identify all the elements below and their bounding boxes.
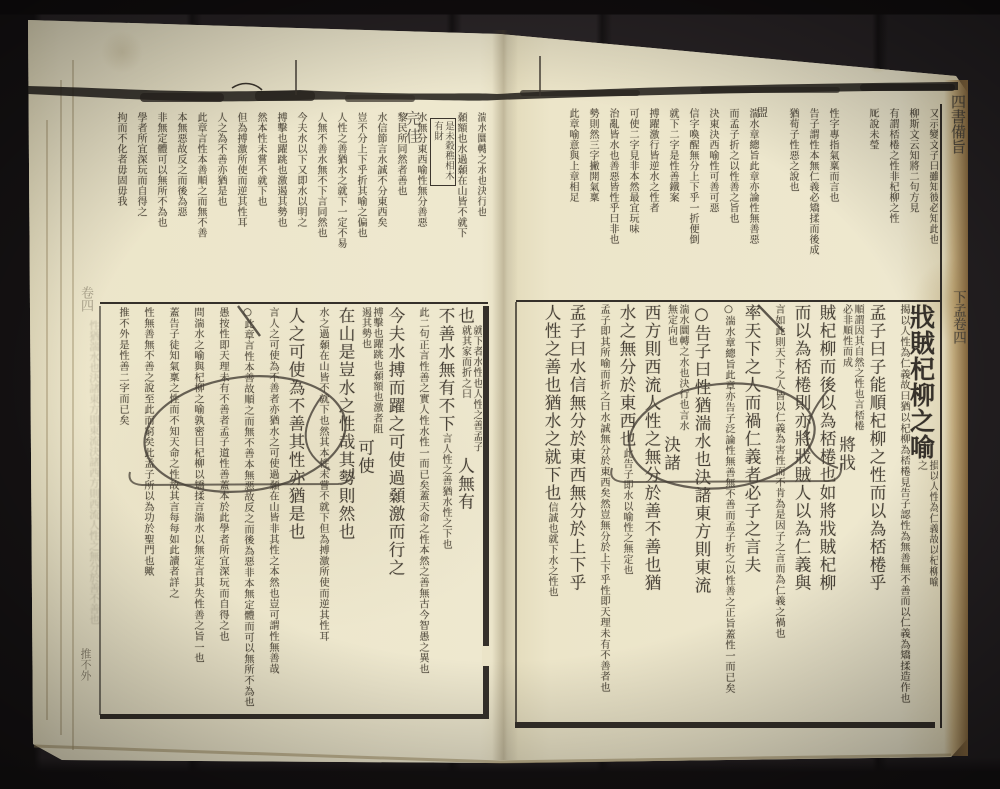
text-column: 猶荀子性惡之說也 xyxy=(778,108,798,300)
text-column: ○告子曰性猶湍水也決諸東方則東流 xyxy=(688,304,713,716)
text-column xyxy=(758,108,778,300)
text-column: 性無善無不善之說至此而窮矣此孟子所以為功於聖門也歟 xyxy=(132,307,157,711)
text-column: 推不外是性善二字而已矣 xyxy=(107,307,132,711)
text-column: 愚按性即天理未有不善者孟子道性善蓋本於此學者所宜深玩而自得之也 xyxy=(207,307,232,711)
text-column: 率天下之人而禍仁義者必子之言夫 xyxy=(738,304,763,716)
text-column: 人性之善也猶水之就下也信誠也就下水之性也 xyxy=(538,304,563,716)
text-column: 搏躍激行皆逆水之性者 xyxy=(638,108,658,300)
text-column: 就下二字是性善鐵案 xyxy=(658,108,678,300)
text-column xyxy=(838,108,858,300)
right-page-divider-rule xyxy=(516,300,941,302)
text-column: 也就下者水性也人性之善孟子就其家而折之曰人無有 xyxy=(457,307,482,711)
border-notch xyxy=(482,646,490,666)
spine-book-title: 四書備旨 xyxy=(947,94,967,244)
text-column: 人之可使為不善其性亦猶是也 xyxy=(282,307,307,711)
text-column: 在山是豈水之性哉其勢則然也 xyxy=(332,307,357,711)
text-column: 豈不分上下乎折其喻之偏也 xyxy=(346,112,366,302)
text-column: 孟子曰子能順杞柳之性而以為桮棬乎 xyxy=(863,304,888,716)
isolated-character: 盟 xyxy=(757,104,768,120)
text-column: 水之無分於東西也此告子即水以喻性之無定也 xyxy=(613,304,638,716)
left-page-bottom-rule xyxy=(100,714,489,719)
text-column: 揭以人性為仁義故曰猶以杞柳為桮棬見告子認性為無善無不善而以仁義為矯揉造作也 xyxy=(888,304,913,716)
text-column: 告子謂性本無仁義必矯揉而後成 xyxy=(798,108,818,300)
text-column: 問湍水之喻與杞柳之喻孰密曰杞柳以矯揉言湍水以無定言其失性善之旨一也 xyxy=(182,307,207,711)
text-column: 言人之可使為不善者亦猶水之可使過顙在山皆非其性之本然也豈可謂性無善哉 xyxy=(257,307,282,711)
text-column: 此章喻意與上章相足 xyxy=(558,108,578,300)
text-column: 搏擊也躍跳也顙額也激者阻遏其勢也可使 xyxy=(357,307,382,711)
photo-of-open-woodblock-book: 性猶湍水也決諸東方則東流決諸西方則西流人性之無分於善不善也 卷四 推不外 湍水圜… xyxy=(0,0,1000,789)
left-spine-partial-label: 卷四 xyxy=(77,286,95,346)
text-column: 人性之善猶水之就下一定不易 xyxy=(326,112,346,302)
text-column: 可使二字見非本然最宜玩味 xyxy=(618,108,638,300)
text-column: 厑說未瑩 xyxy=(858,108,878,300)
text-column: 今夫水以下又即水以明之 xyxy=(286,112,306,302)
text-column: 湍水章總旨此章亦論性無善惡 xyxy=(738,108,758,300)
leaf-edge-line xyxy=(60,80,62,735)
text-column: 孟子即其所喻而折之曰水誠無分於東西矣然豈無分於上下乎性即天理未有不善者也 xyxy=(588,304,613,716)
text-column: 今夫水搏而躍之可使過顙激而行之 xyxy=(382,307,407,711)
text-column: 賊杞柳而後以為桮棬也如將戕賊杞柳 xyxy=(813,304,838,716)
text-column: 然本性未嘗不就下也 xyxy=(246,112,266,302)
text-column: 人之為不善亦猶是也 xyxy=(206,112,226,302)
text-column: 水信節言水誠不分東西矣 xyxy=(366,112,386,302)
handwritten-reader-note: 完佳 xyxy=(403,110,422,155)
boxed-annotation: 是未穀穛相木有財 xyxy=(430,118,456,186)
bleed-through-text: 性猶湍水也決諸東方則東流決諸西方則西流人性之無分於善不善也 xyxy=(76,320,100,650)
text-column: ○此章言性本善故順之而無不善本無惡故反之而後為惡非本無定體而可以無所不為也 xyxy=(232,307,257,711)
text-column: 本無惡故反之而後為惡 xyxy=(166,112,186,302)
text-column: 不善水無有不下言人性之善猶水性之下也 xyxy=(432,307,457,711)
left-page-main-text-block: 也就下者水性也人性之善孟子就其家而折之曰人無有不善水無有不下言人性之善猶水性之下… xyxy=(101,307,482,711)
text-column: 水之過顙在山皆不就下也然其本性未嘗不就下但為搏激所使而逆其性耳 xyxy=(307,307,332,711)
text-column: 戕賊杞柳之喻損以人性為仁義故以杞柳喻之 xyxy=(913,304,938,716)
right-page-bottom-rule xyxy=(515,722,935,728)
left-page-divider-rule xyxy=(100,302,488,304)
text-column: 搏擊也躍跳也激遏其勢也 xyxy=(266,112,286,302)
text-column: 又示變文子曰雖知彼必知此也 xyxy=(918,108,938,300)
text-column: 西方則西流人性之無分於善不善也猶 xyxy=(638,304,663,716)
right-page-top-commentary-band: 又示變文子曰雖知彼必知此也柳斯文云知將二句方見有謂桮棬之性非杞柳之性厑說未瑩性字… xyxy=(518,108,938,300)
spine-section-label: 下孟卷四 xyxy=(947,290,966,410)
leaf-edge-line xyxy=(72,60,74,750)
text-column: 順謂因其自然之性也言桮棬必非順性而成將戕 xyxy=(838,304,863,716)
text-column: 學者所宜深玩而自得之 xyxy=(126,112,146,302)
left-page-top-commentary-band: 湍水圜轉之水也決行也顙額也水過顙在山皆不就下水無分東西喻性無分善惡黎民所同然者善… xyxy=(102,112,486,302)
text-column: 柳斯文云知將二句方見 xyxy=(898,108,918,300)
right-page-main-text-block: 戕賊杞柳之喻損以人性為仁義故以杞柳喻之揭以人性為仁義故曰猶以杞柳為桮棬見告子認性… xyxy=(518,304,938,716)
text-column: 性字專指氣稟而言也 xyxy=(818,108,838,300)
text-column: 而以為桮棬則亦將戕賊人以為仁義與 xyxy=(788,304,813,716)
text-column: 治亂皆水也善惡皆性乎曰非也 xyxy=(598,108,618,300)
text-column: 決東決西喻性可善可惡 xyxy=(698,108,718,300)
text-column: 湍水圜轉之水也決行也言水無定向也決諸 xyxy=(663,304,688,716)
text-column: 有謂桮棬之性非杞柳之性 xyxy=(878,108,898,300)
text-column: 言如此則天下之人皆以仁義為害性而不肯為是因子之言而為仁義之禍也 xyxy=(763,304,788,716)
text-column: 蓋告子徒知氣稟之性而不知天命之性故其言每每如此讀者詳之 xyxy=(157,307,182,711)
text-column: 勢則然三字撇開氣稟 xyxy=(578,108,598,300)
text-column: ○湍水章總旨此章亦告子泛論性無善無不善而孟子折之以性善之正旨蓋性一而已矣 xyxy=(713,304,738,716)
right-page-right-border xyxy=(940,104,942,728)
left-edge-faint-text: 推不外 xyxy=(76,648,93,718)
text-column: 此二句正言性善之實人性水性一而已矣蓋天命之性本然之善無古今智愚之異也 xyxy=(407,307,432,711)
text-column: 而孟子折之以性善之旨也 xyxy=(718,108,738,300)
text-column: 非無定體可以無所不為也 xyxy=(146,112,166,302)
text-column: 但為搏激所使而逆其性耳 xyxy=(226,112,246,302)
text-column: 人無不善水無不下言同然也 xyxy=(306,112,326,302)
text-column: 湍水圜轉之水也決行也 xyxy=(466,112,486,302)
text-column: 此章言性本善順之而無不善 xyxy=(186,112,206,302)
text-column: 拘而不化者毋固毋我 xyxy=(106,112,126,302)
right-page-left-border xyxy=(515,302,517,728)
text-column: 孟子曰水信無分於東西無分於上下乎 xyxy=(563,304,588,716)
text-column: 信字喚醒無分上下乎一折便倒 xyxy=(678,108,698,300)
leaf-edge-line xyxy=(46,120,48,720)
